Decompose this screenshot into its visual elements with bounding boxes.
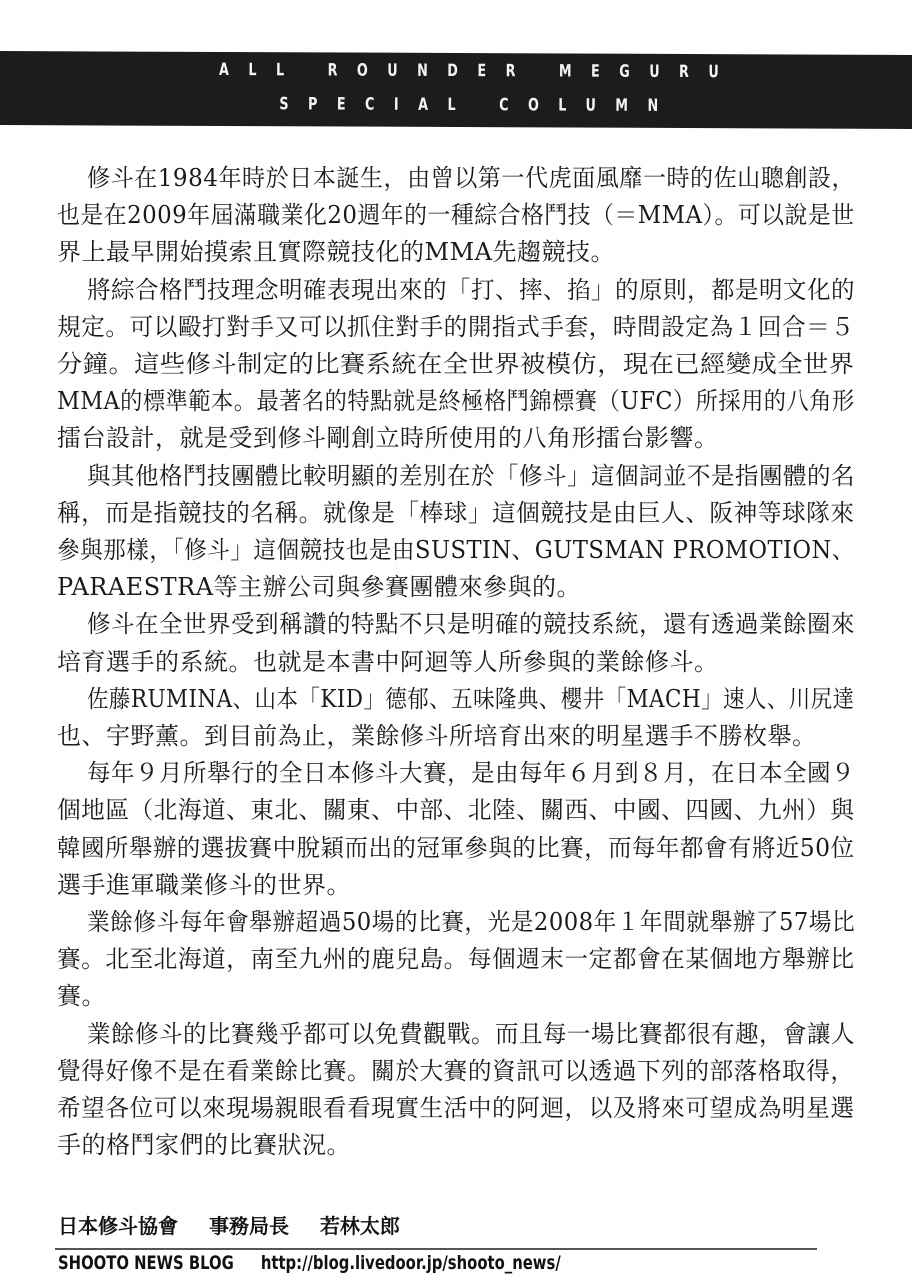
author-signature: 日本修斗協會 事務局長 若林太郎 [58, 1210, 424, 1239]
article-line: PARAESTRA等主辦公司與參賽團體來參與的。 [57, 569, 581, 606]
article-line: 參與那樣，「修斗」這個競技也是由SUSTIN、GUTSMAN PROMOTION… [57, 532, 855, 569]
article-line: 規定。可以毆打對手又可以抓住對手的開指式手套，時間設定為１回合＝５ [57, 309, 855, 346]
article-line: 覺得好像不是在看業餘比賽。關於大賽的資訊可以透過下列的部落格取得， [57, 1053, 855, 1090]
article-line: 擂台設計，就是受到修斗剛創立時所使用的八角形擂台影響。 [57, 420, 719, 457]
article-line: 將綜合格鬥技理念明確表現出來的「打、摔、掐」的原則，都是明文化的 [87, 272, 855, 309]
article-line: 業餘修斗每年會舉辦超過50場的比賽，光是2008年１年間就舉辦了57場比 [87, 904, 855, 941]
article-line: 韓國所舉辦的選拔賽中脫穎而出的冠軍參與的比賽，而每年都會有將近50位 [57, 830, 855, 867]
article-line: 選手進軍職業修斗的世界。 [57, 867, 351, 904]
signature-title: 事務局長 [209, 1214, 289, 1238]
article-line: 個地區（北海道、東北、關東、中部、北陸、關西、中國、四國、九州）與 [57, 792, 855, 829]
signature-organization: 日本修斗協會 [58, 1214, 178, 1238]
article-line: 佐藤RUMINA、山本「KID」德郁、五味隆典、櫻井「MACH」速人、川尻達 [87, 681, 855, 718]
banner-title: ALL ROUNDER MEGURU [114, 60, 824, 83]
article-line: 稱，而是指競技的名稱。就像是「棒球」這個競技是由巨人、阪神等球隊來 [57, 495, 855, 532]
blog-label: SHOOTO NEWS BLOG [58, 1252, 234, 1274]
blog-reference: SHOOTO NEWS BLOG http://blog.livedoor.jp… [58, 1252, 561, 1274]
article-line: 也是在2009年屆滿職業化20週年的一種綜合格鬥技（＝MMA）。可以說是世 [57, 197, 855, 234]
article-line: 業餘修斗的比賽幾乎都可以免費觀戰。而且每一場比賽都很有趣，會讓人 [87, 1016, 855, 1053]
article-line: 也、宇野薰。到目前為止，業餘修斗所培育出來的明星選手不勝枚舉。 [57, 718, 817, 755]
article-line: MMA的標準範本。最著名的特點就是終極格鬥錦標賽（UFC）所採用的八角形 [57, 383, 855, 420]
banner-subtitle: SPECIAL COLUMN [114, 94, 824, 117]
article-line: 界上最早開始摸索且實際競技化的MMA先趨競技。 [57, 234, 615, 271]
footer-divider [55, 1248, 817, 1250]
blog-url-link[interactable]: http://blog.livedoor.jp/shooto_news/ [261, 1252, 561, 1274]
signature-name: 若林太郎 [320, 1214, 400, 1238]
article-line: 培育選手的系統。也就是本書中阿迴等人所參與的業餘修斗。 [57, 644, 719, 681]
article-line: 修斗在全世界受到稱讚的特點不只是明確的競技系統，還有透過業餘圈來 [87, 606, 855, 643]
article-line: 與其他格鬥技團體比較明顯的差別在於「修斗」這個詞並不是指團體的名 [87, 458, 855, 495]
column-header-banner: ALL ROUNDER MEGURU SPECIAL COLUMN [0, 51, 912, 129]
article-line: 賽。 [57, 978, 106, 1015]
article-line: 賽。北至北海道，南至九州的鹿兒島。每個週末一定都會在某個地方舉辦比 [57, 941, 855, 978]
article-line: 每年９月所舉行的全日本修斗大賽，是由每年６月到８月，在日本全國９ [87, 755, 855, 792]
article-line: 手的格鬥家們的比賽狀況。 [57, 1127, 351, 1164]
article-line: 希望各位可以來現場親眼看看現實生活中的阿迴，以及將來可望成為明星選 [57, 1090, 855, 1127]
article-line: 修斗在1984年時於日本誕生，由曾以第一代虎面風靡一時的佐山聰創設， [87, 160, 855, 197]
article-line: 分鐘。這些修斗制定的比賽系統在全世界被模仿，現在已經變成全世界 [57, 346, 854, 383]
